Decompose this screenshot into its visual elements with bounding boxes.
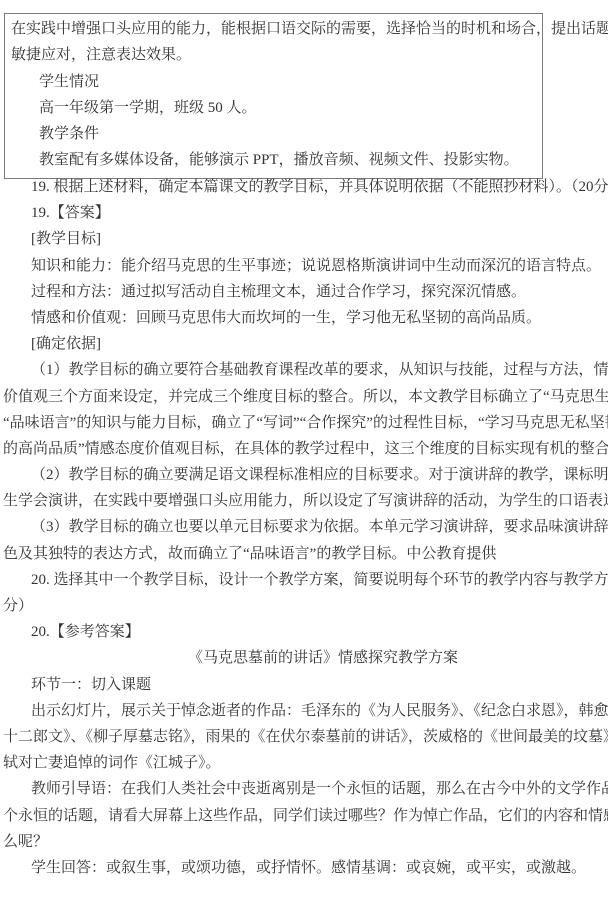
text-line: [教学目标] xyxy=(3,226,608,252)
text-line: 《马克思墓前的讲话》情感探究教学方案 xyxy=(3,645,608,671)
text-line: 的高尚品质”情感态度价值观目标，在具体的教学过程中，这三个维度的目标实现有机的整… xyxy=(3,436,608,462)
text-line: 教室配有多媒体设备，能够演示 PPT，播放音频、视频文件、投影实物。 xyxy=(11,147,537,173)
text-line: 个永恒的话题，请看大屏幕上这些作品，同学们读过哪些？作为悼亡作品，它们的内容和情… xyxy=(3,803,608,829)
text-line: （2）教学目标的确立要满足语文课程标准相应的目标要求。对于演讲辞的教学，课标明确… xyxy=(3,462,608,488)
text-line: 教师引导语：在我们人类社会中丧逝离别是一个永恒的话题，那么在古今中外的文学作品中… xyxy=(3,776,608,802)
text-line: 教学条件 xyxy=(11,121,537,147)
text-line: 环节一：切入课题 xyxy=(3,672,608,698)
text-line: 19.【答案】 xyxy=(3,200,608,226)
text-line: [确定依据] xyxy=(3,331,608,357)
text-line: 生学会演讲，在实践中要增强口头应用能力，所以设定了写演讲辞的活动，为学生的口语表… xyxy=(3,488,608,514)
text-line: 学生回答：或叙生事，或颂功德，或抒情怀。感情基调：或哀婉，或平实，或激越。 xyxy=(3,855,608,881)
text-line: （3）教学目标的确立也要以单元目标要求为依据。本单元学习演讲辞，要求品味演讲辞的… xyxy=(3,514,608,540)
text-line: 情感和价值观：回顾马克思伟大而坎坷的一生，学习他无私坚韧的高尚品质。 xyxy=(3,305,608,331)
text-line: 色及其独特的表达方式，故而确立了“品味语言”的教学目标。中公教育提供 xyxy=(3,541,608,567)
text-line: 轼对亡妻追悼的词作《江城子》。 xyxy=(3,750,608,776)
text-line: 在实践中增强口头应用的能力，能根据口语交际的需要，选择恰当的时机和场合，提出话题… xyxy=(11,16,537,42)
text-line: 过程和方法：通过拟写活动自主梳理文本，通过合作学习，探究深沉情感。 xyxy=(3,279,608,305)
text-line: 价值观三个方面来设定，并完成三个维度目标的整合。所以，本文教学目标确立了“马克思… xyxy=(3,384,608,410)
text-line: 知识和能力：能介绍马克思的生平事迹；说说恩格斯演讲词中生动而深沉的语言特点。 xyxy=(3,253,608,279)
text-line: 19. 根据上述材料，确定本篇课文的教学目标，并具体说明依据（不能照抄材料）。（… xyxy=(3,174,608,200)
text-line: 敏捷应对，注意表达效果。 xyxy=(11,42,537,68)
text-line: 20.【参考答案】 xyxy=(3,619,608,645)
text-line: 高一年级第一学期，班级 50 人。 xyxy=(11,95,537,121)
text-line: 十二郎文》、《柳子厚墓志铭》，雨果的《在伏尔泰墓前的讲话》，茨威格的《世间最美的… xyxy=(3,724,608,750)
text-line: （1）教学目标的确立要符合基础教育课程改革的要求，从知识与技能，过程与方法，情感… xyxy=(3,357,608,383)
text-line: 分） xyxy=(3,593,608,619)
text-line: 出示幻灯片，展示关于悼念逝者的作品：毛泽东的《为人民服务》、《纪念白求恩》，韩愈… xyxy=(3,698,608,724)
text-line: 学生情况 xyxy=(11,69,537,95)
text-line: “品味语言”的知识与能力目标，确立了“写词”“合作探究”的过程性目标，“学习马克… xyxy=(3,410,608,436)
document-page: { "page": { "background_color": "#ffffff… xyxy=(0,0,608,900)
text-line: 20. 选择其中一个教学目标，设计一个教学方案，简要说明每个环节的教学内容与教学… xyxy=(3,567,608,593)
answer-section: 19. 根据上述材料，确定本篇课文的教学目标，并具体说明依据（不能照抄材料）。（… xyxy=(3,174,608,881)
text-line: 么呢？ xyxy=(3,829,608,855)
material-box: 在实践中增强口头应用的能力，能根据口语交际的需要，选择恰当的时机和场合，提出话题… xyxy=(4,13,543,179)
